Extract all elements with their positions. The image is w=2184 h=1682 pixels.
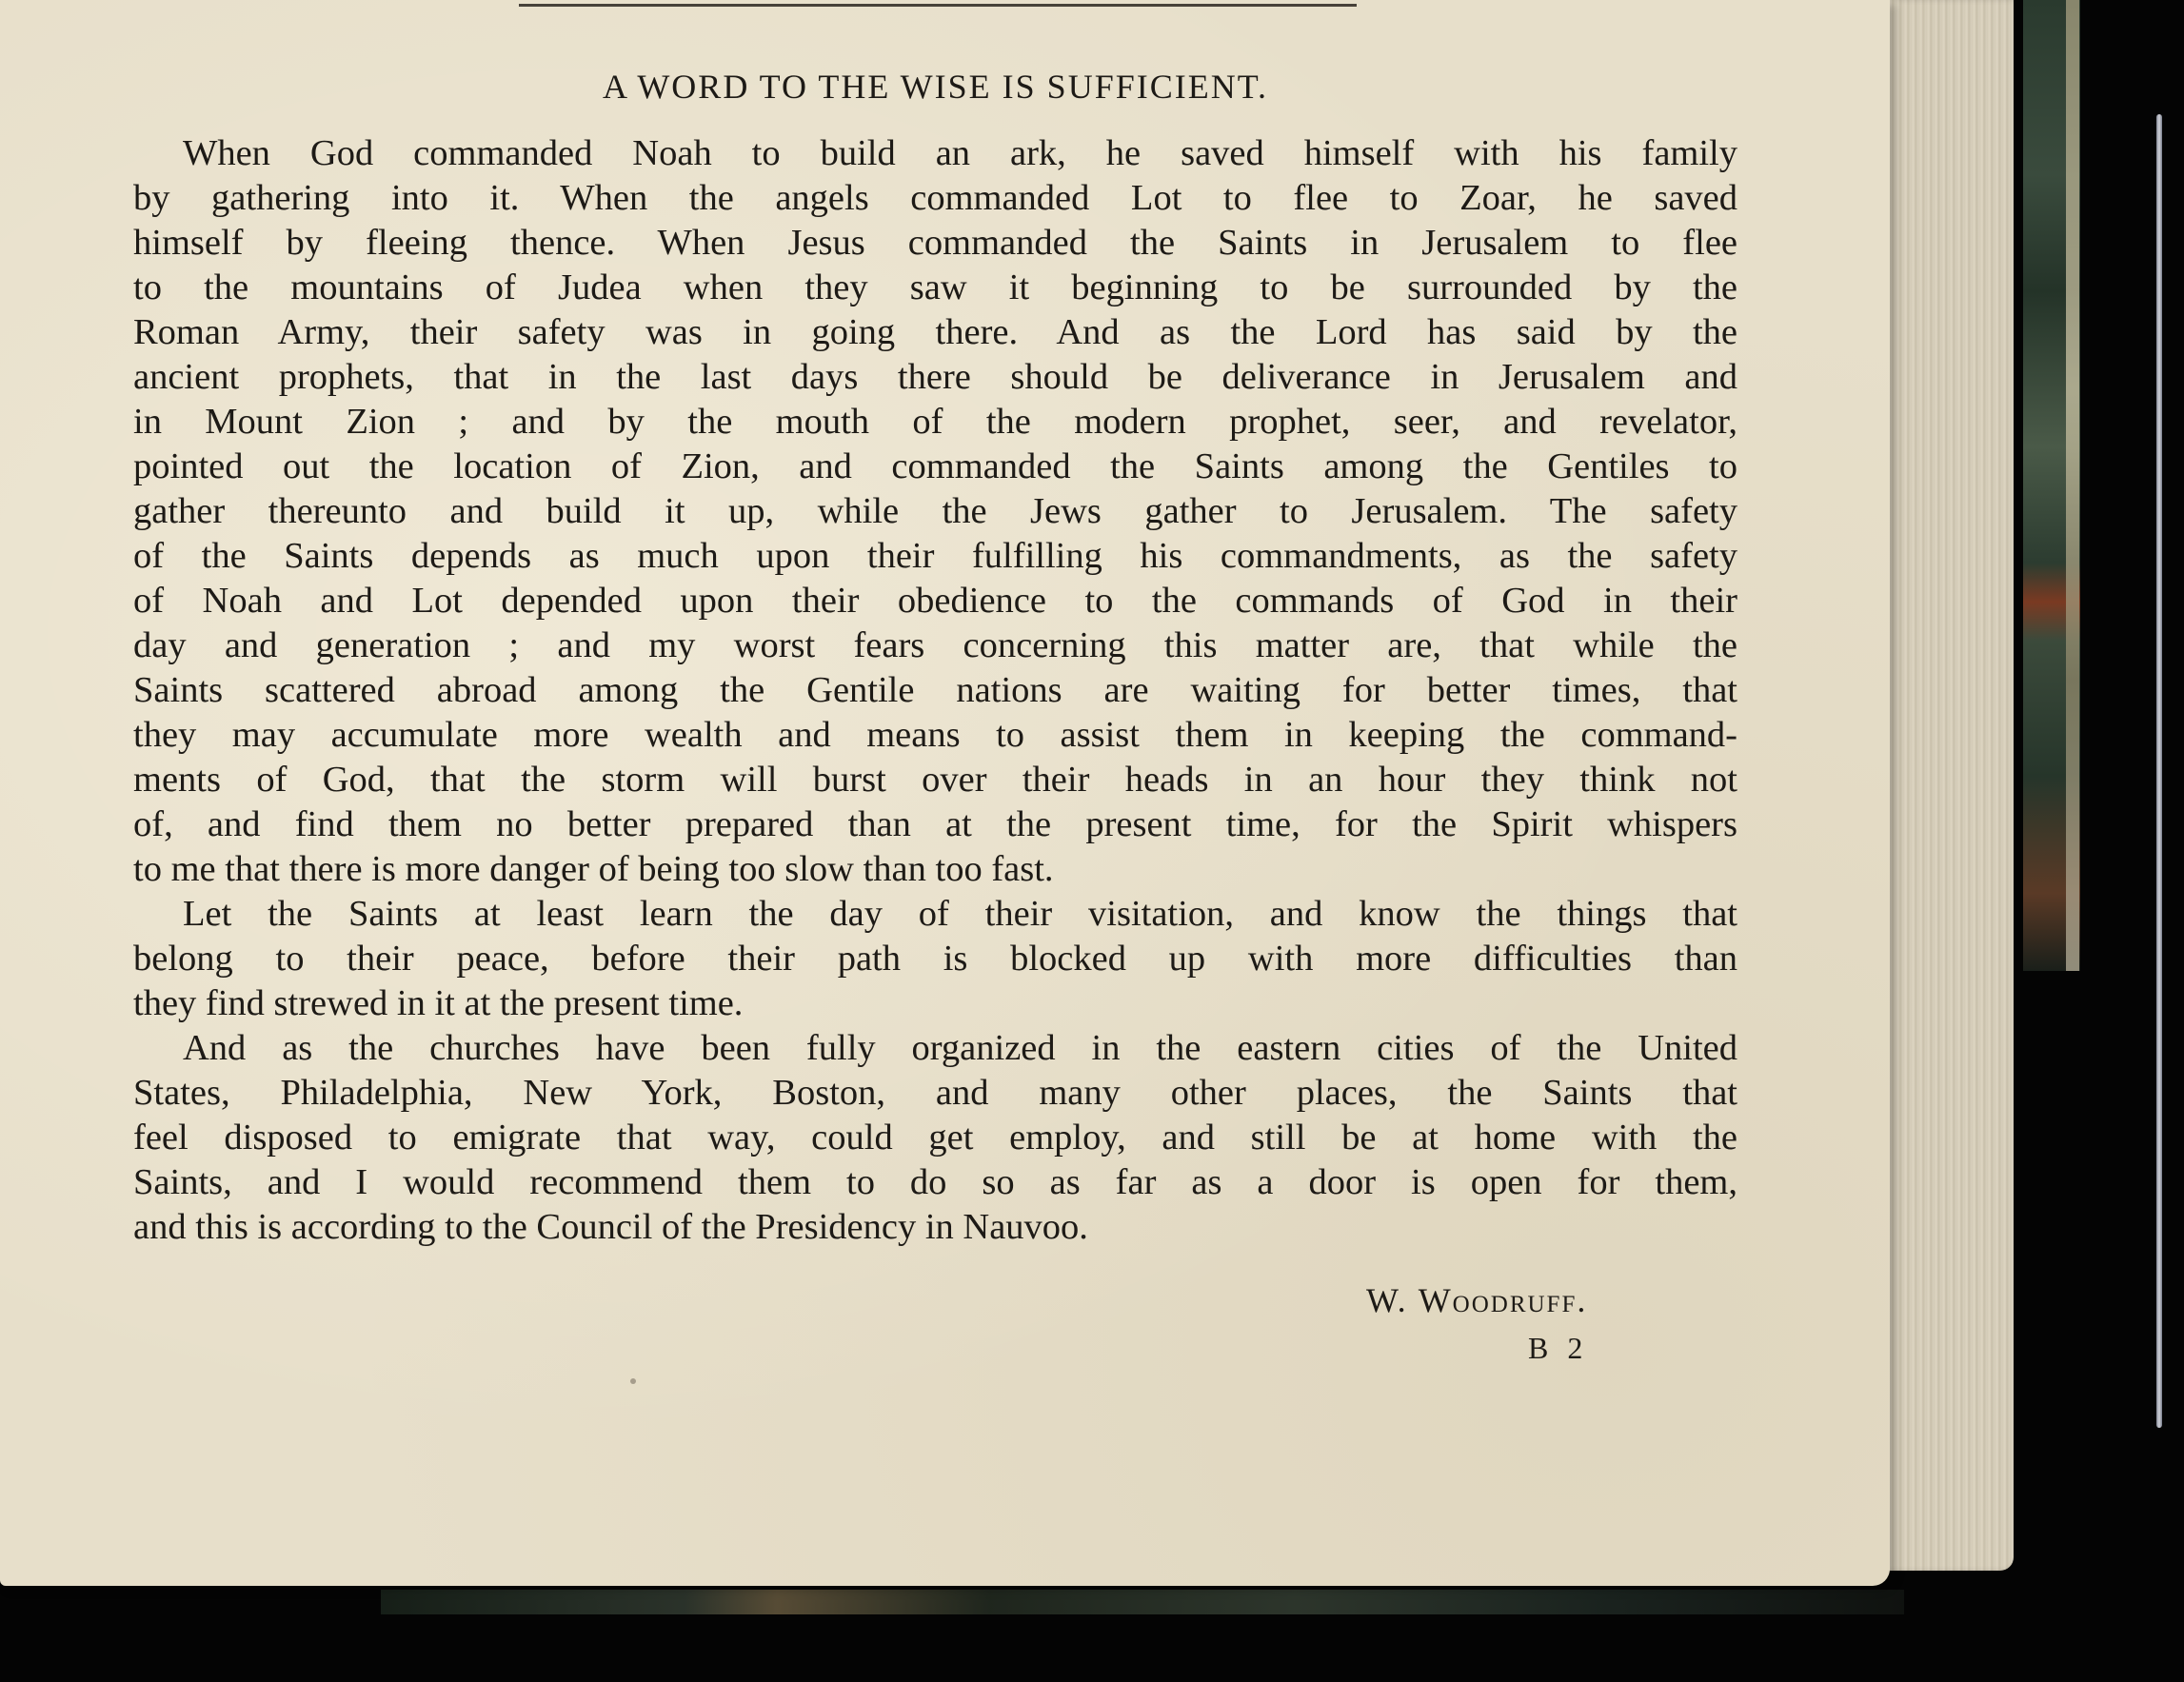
page-block-edges — [1880, 0, 2014, 1571]
book-page: A WORD TO THE WISE IS SUFFICIENT. When G… — [0, 0, 1890, 1586]
cover-edge-band — [2066, 0, 2079, 971]
text-line: to the mountains of Judea when they saw … — [133, 266, 1737, 310]
text-line: Saints, and I would recommend them to do… — [133, 1160, 1737, 1205]
text-line: gather thereunto and build it up, while … — [133, 489, 1737, 534]
text-line: Roman Army, their safety was in going th… — [133, 310, 1737, 355]
text-line: belong to their peace, before their path… — [133, 937, 1737, 981]
text-line: feel disposed to emigrate that way, coul… — [133, 1116, 1737, 1160]
signature-initial: W. — [1366, 1281, 1408, 1319]
text-line: Saints scattered abroad among the Gentil… — [133, 668, 1737, 713]
printer-signature-mark: B 2 — [1528, 1331, 1588, 1366]
text-line: of, and find them no better prepared tha… — [133, 802, 1737, 847]
text-line: of the Saints depends as much upon their… — [133, 534, 1737, 579]
bottom-marbled-edge — [381, 1590, 1904, 1614]
text-line: Let the Saints at least learn the day of… — [133, 892, 1737, 937]
text-line: When God commanded Noah to build an ark,… — [133, 131, 1737, 176]
text-line: they find strewed in it at the present t… — [133, 981, 1737, 1026]
text-line: they may accumulate more wealth and mean… — [133, 713, 1737, 758]
plastic-sleeve-reflection — [2156, 114, 2162, 1428]
top-rule-divider — [519, 4, 1357, 7]
article-title: A WORD TO THE WISE IS SUFFICIENT. — [0, 67, 1880, 107]
text-line: day and generation ; and my worst fears … — [133, 623, 1737, 668]
text-line: to me that there is more danger of being… — [133, 847, 1737, 892]
signature-surname: Woodruff. — [1419, 1281, 1588, 1319]
author-signature: W. Woodruff. — [1366, 1280, 1587, 1320]
text-line: and this is according to the Council of … — [133, 1205, 1737, 1250]
text-line: pointed out the location of Zion, and co… — [133, 445, 1737, 489]
text-line: ancient prophets, that in the last days … — [133, 355, 1737, 400]
text-line: States, Philadelphia, New York, Boston, … — [133, 1071, 1737, 1116]
text-line: And as the churches have been fully orga… — [133, 1026, 1737, 1071]
text-line: in Mount Zion ; and by the mouth of the … — [133, 400, 1737, 445]
paper-speck — [630, 1378, 636, 1384]
article-body: When God commanded Noah to build an ark,… — [133, 131, 1737, 1250]
text-line: by gathering into it. When the angels co… — [133, 176, 1737, 221]
text-line: himself by fleeing thence. When Jesus co… — [133, 221, 1737, 266]
text-line: of Noah and Lot depended upon their obed… — [133, 579, 1737, 623]
text-line: ments of God, that the storm will burst … — [133, 758, 1737, 802]
